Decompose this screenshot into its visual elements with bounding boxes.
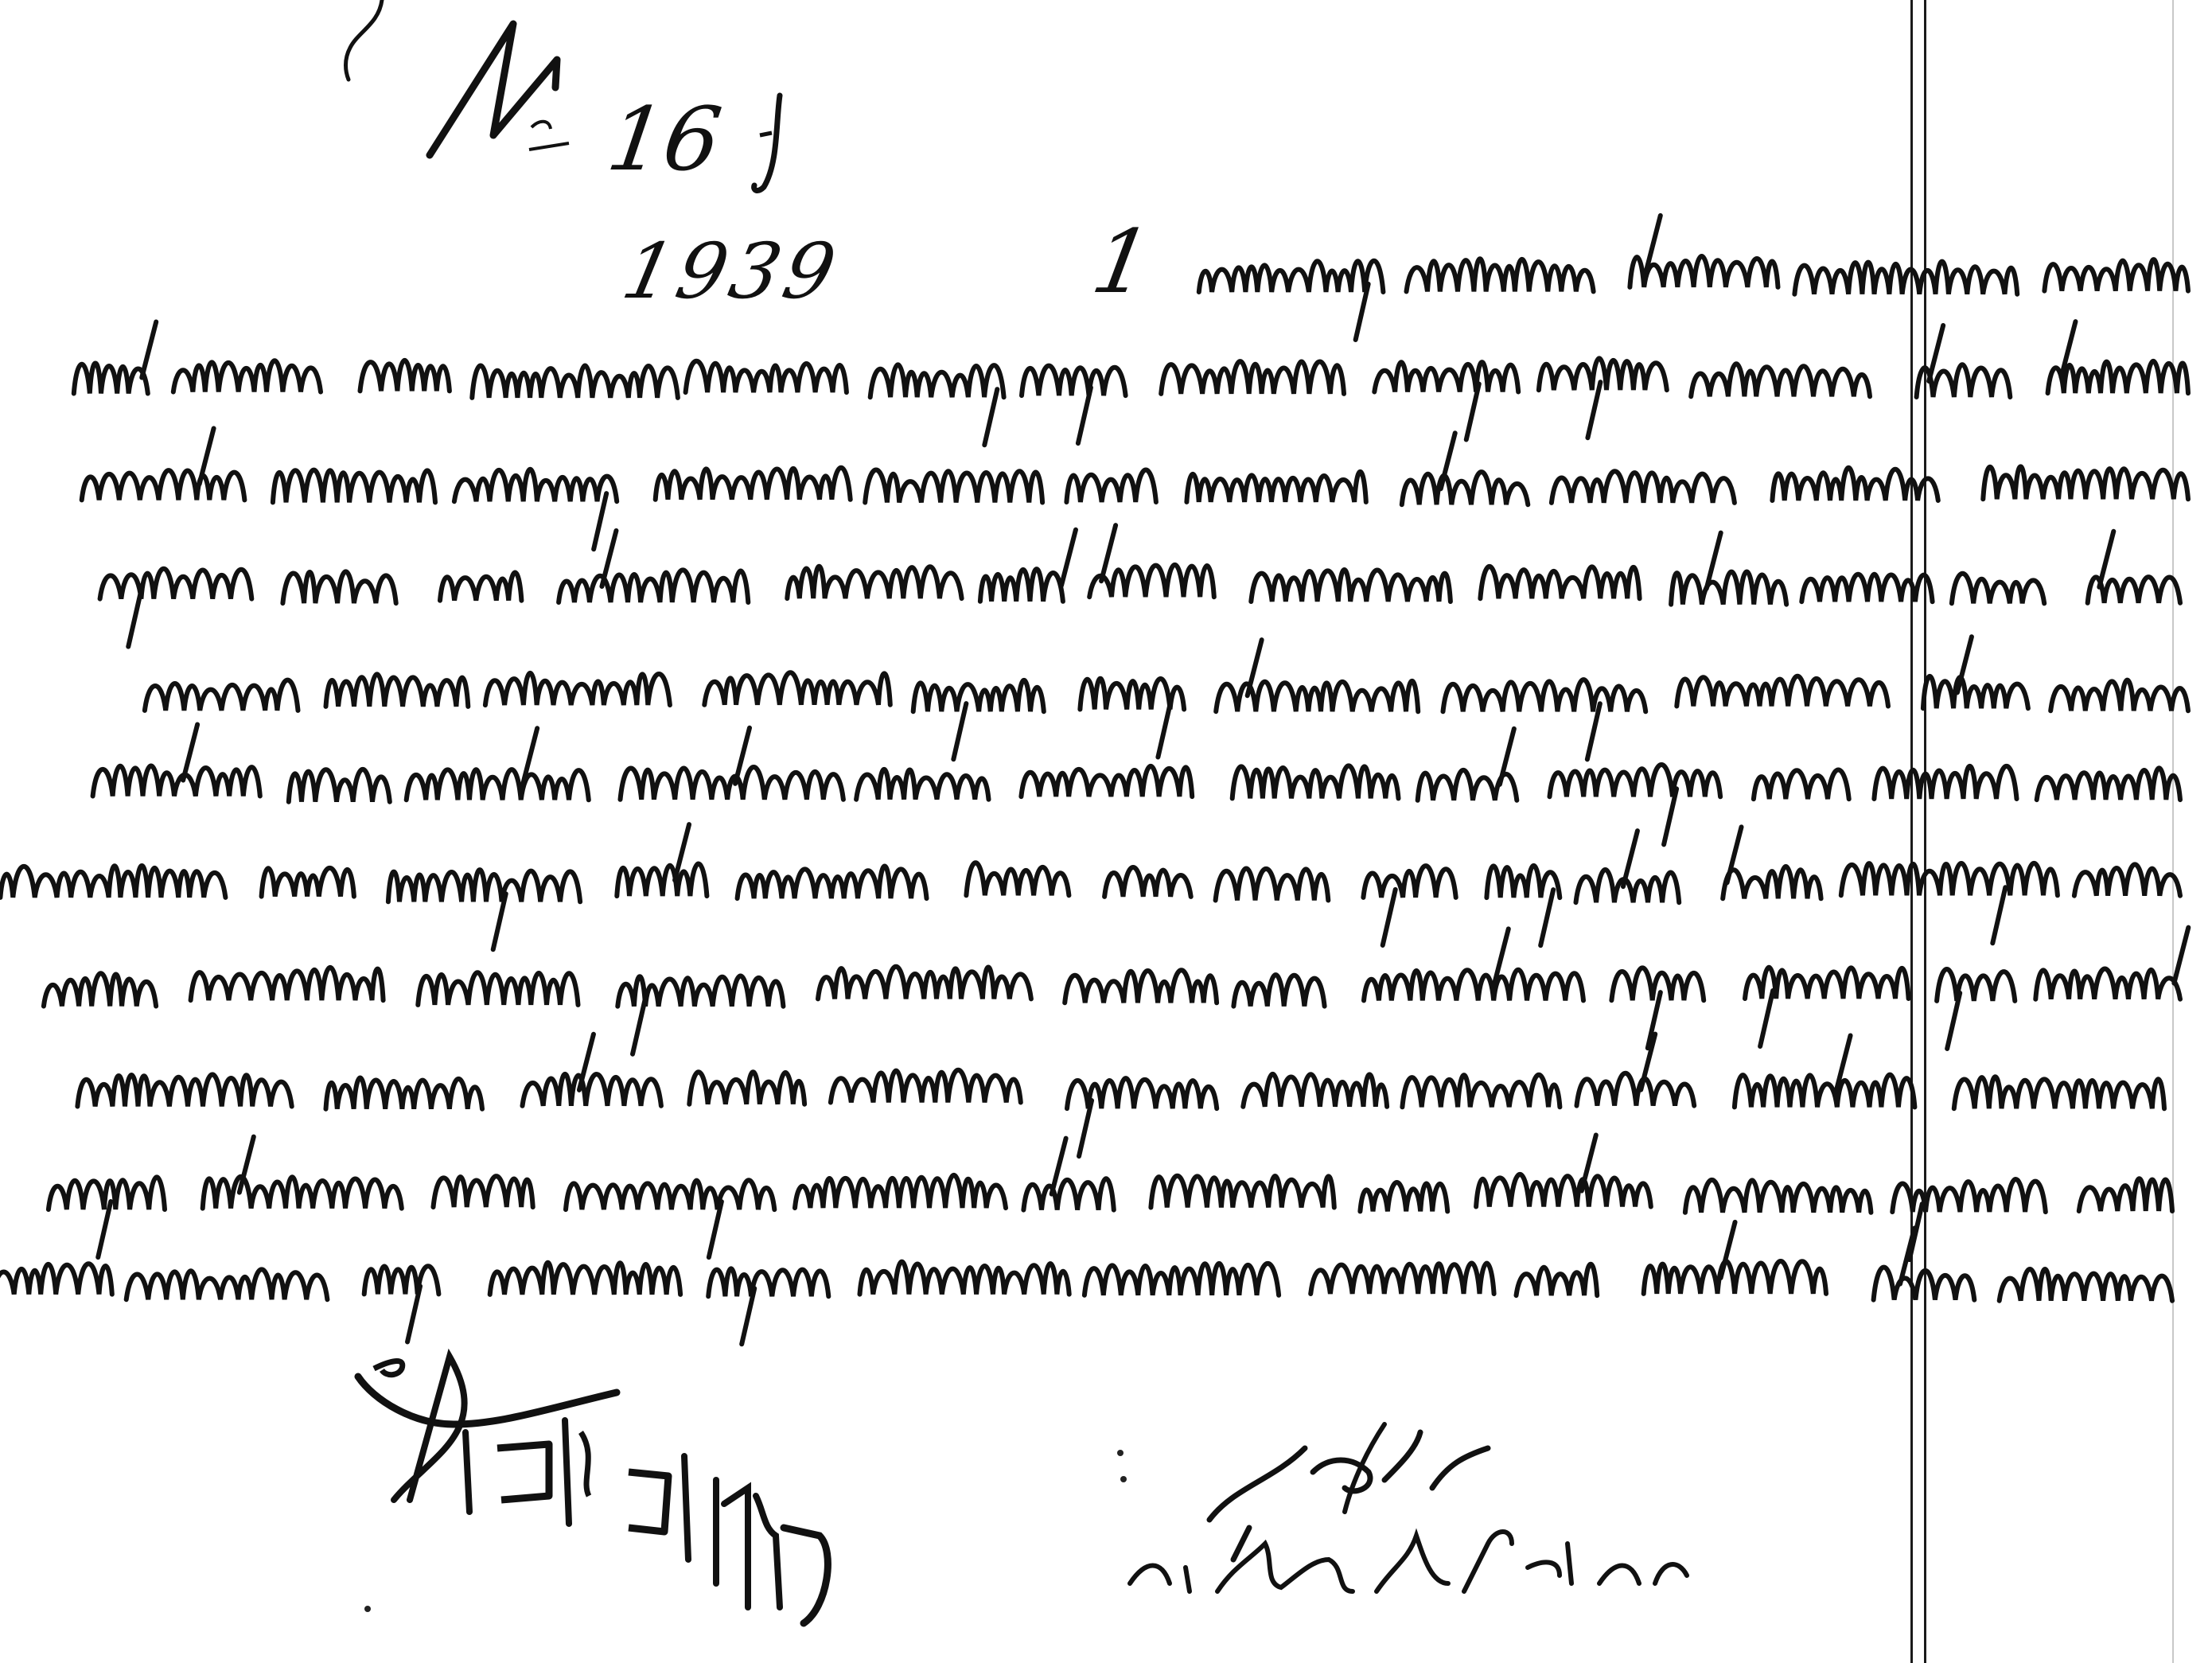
handwritten-line: handwritten cursive line [32, 1026, 2172, 1146]
handwritten-line: handwritten cursive line [80, 521, 2188, 641]
ink-speck [1117, 1450, 1124, 1456]
signature-left-strokes [342, 1345, 1058, 1647]
ink-speck [1120, 1476, 1127, 1482]
signature-left [342, 1345, 1058, 1647]
number-sign-icon [414, 8, 581, 159]
handwritten-line: handwritten cursive line [111, 314, 2196, 434]
document-number: 16 [602, 95, 726, 183]
handwritten-line: date line: handwritten cursive text endi… [1178, 211, 2196, 330]
handwritten-line: handwritten cursive line [56, 923, 2188, 1042]
date-year: 1939 [615, 227, 847, 316]
document-page: 16 1939 1 date line: handwritten cursive… [0, 0, 2212, 1663]
handwritten-line: handwritten cursive line [80, 820, 2188, 939]
handwritten-line: handwritten cursive line [32, 1217, 2180, 1337]
ink-speck [364, 1606, 371, 1612]
date-day: 1 [1085, 211, 1159, 313]
stray-pen-mark [326, 0, 390, 88]
number-value: 16 [602, 88, 727, 190]
signature-right-strokes [1114, 1400, 1894, 1631]
signature-right [1114, 1400, 1894, 1631]
number-flourish [748, 92, 796, 195]
